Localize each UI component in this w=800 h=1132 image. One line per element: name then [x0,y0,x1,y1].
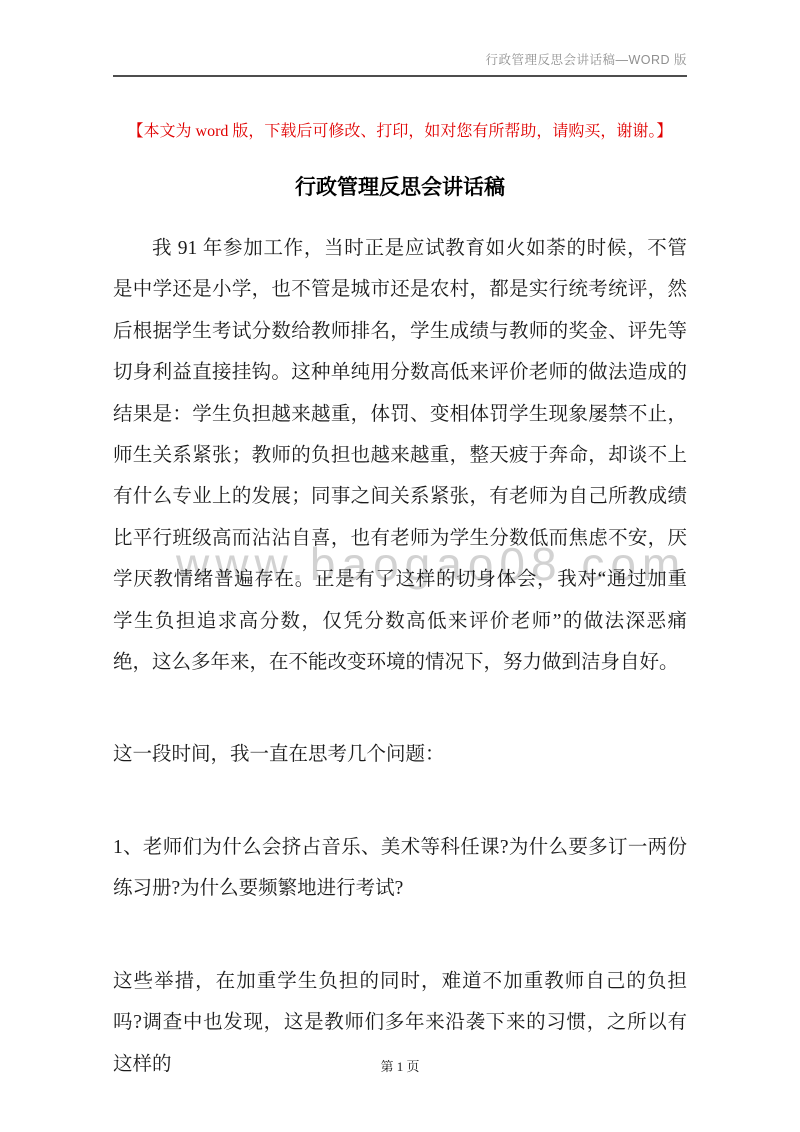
paragraph-intro: 我 91 年参加工作，当时正是应试教育如火如荼的时候，不管是中学还是小学，也不管… [113,228,687,683]
paragraph-thinking: 这一段时间，我一直在思考几个问题： [113,734,687,775]
page-header-running-title: 行政管理反思会讲话稿—WORD 版 [113,50,687,77]
document-page: 行政管理反思会讲话稿—WORD 版 【本文为 word 版，下载后可修改、打印，… [0,0,800,1132]
page-title: 行政管理反思会讲话稿 [0,171,800,201]
document-body: 我 91 年参加工作，当时正是应试教育如火如荼的时候，不管是中学还是小学，也不管… [113,228,687,1132]
word-version-notice: 【本文为 word 版，下载后可修改、打印，如对您有所帮助，请购买，谢谢。】 [0,118,800,141]
paragraph-question-1: 1、老师们为什么会挤占音乐、美术等科任课?为什么要多订一两份练习册?为什么要频繁… [113,827,687,910]
page-number: 第 1 页 [0,1056,800,1075]
